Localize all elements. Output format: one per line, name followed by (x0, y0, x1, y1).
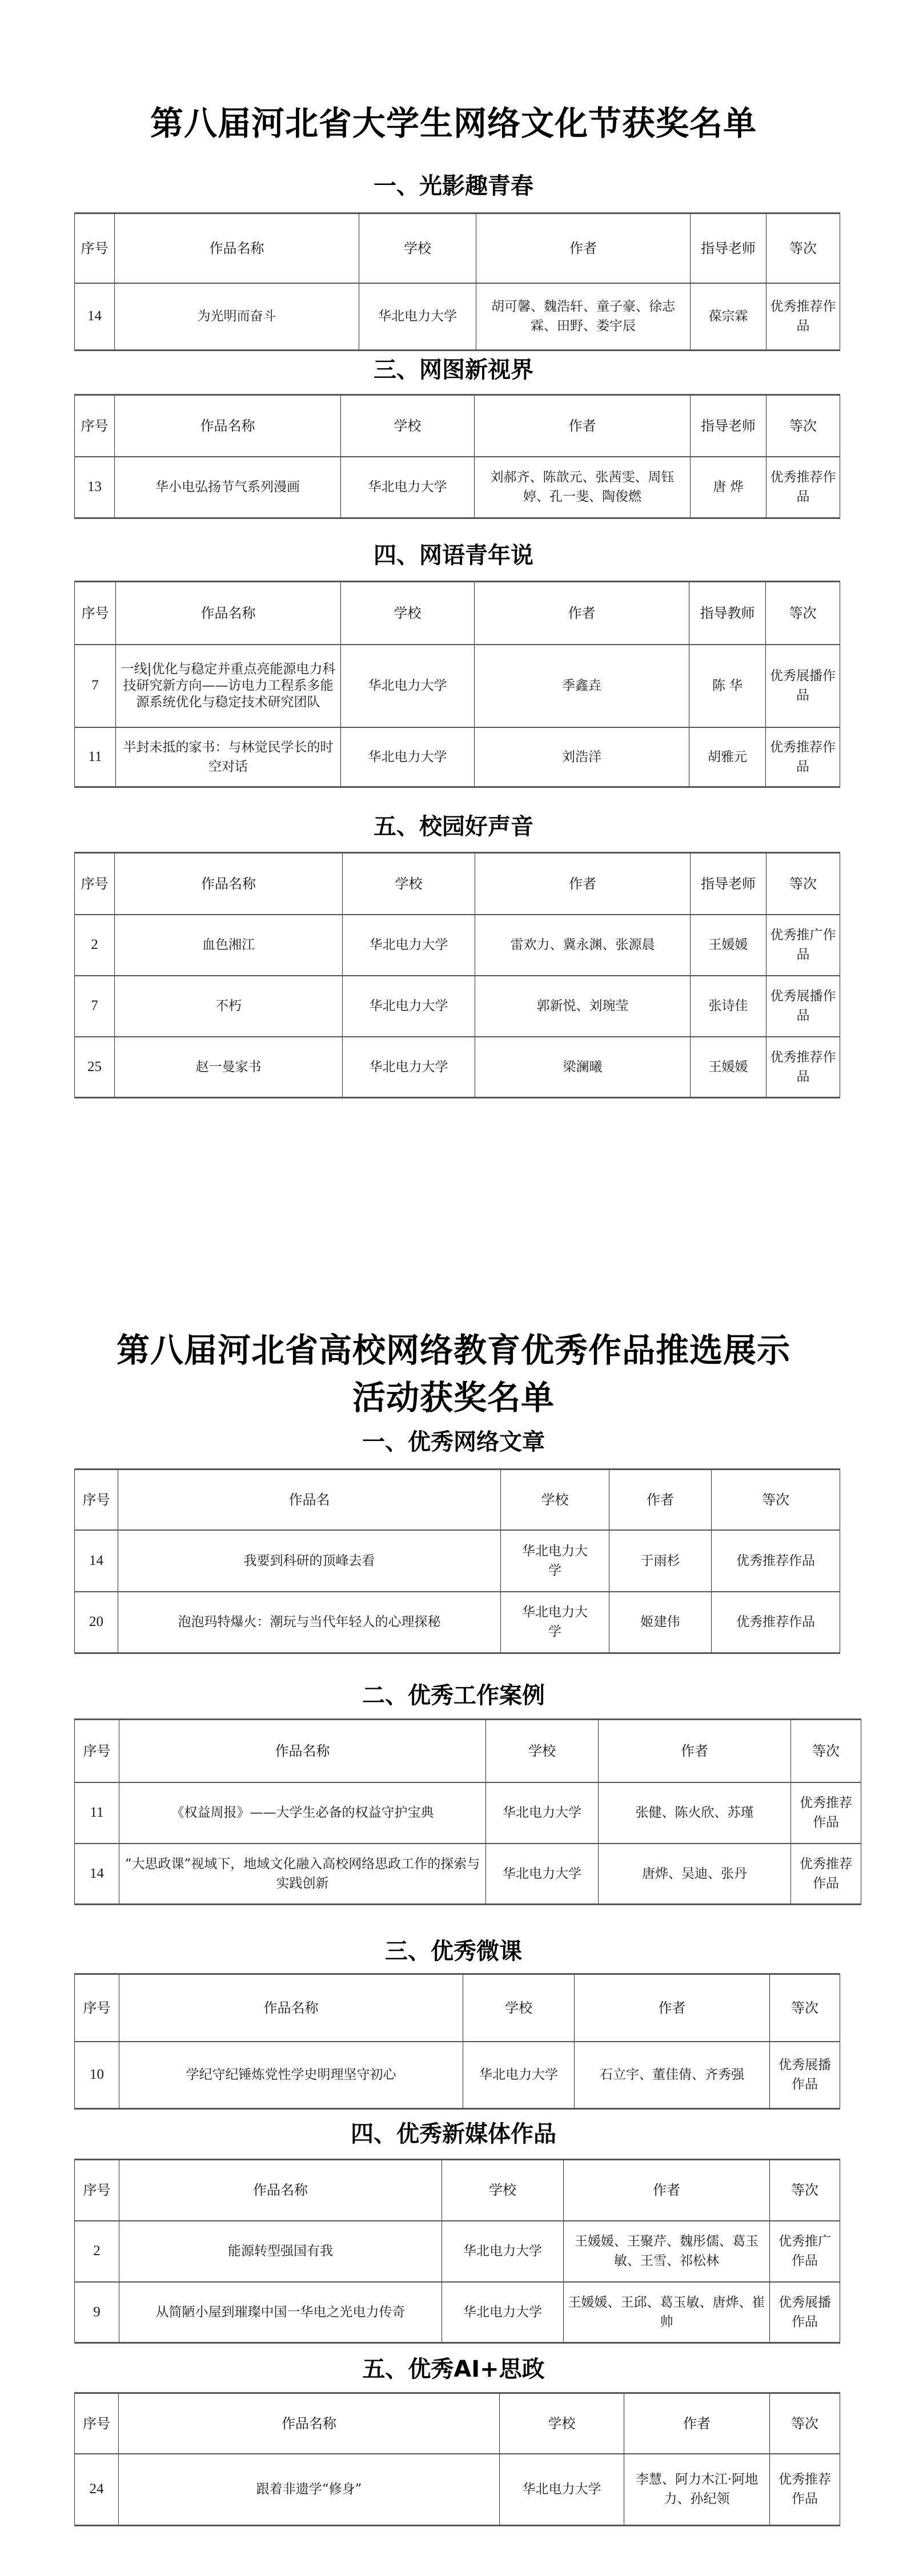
table-row: 14 为光明而奋斗 华北电力大学 胡可馨、魏浩轩、童子豪、徐志霖、田野、娄宇辰 … (75, 283, 840, 351)
cell-level: 优秀推荐作品 (766, 457, 840, 518)
cell-name: 跟着非遗学“修身” (119, 2454, 500, 2526)
cell-school: 华北电力大学 (442, 2282, 564, 2343)
cell-school: 华北电力大学 (343, 915, 475, 976)
cell-school: 华北电力大学 (501, 1592, 609, 1653)
header-school: 学校 (442, 2160, 564, 2221)
section-title: 三、网图新视界 (0, 354, 907, 386)
cell-school: 华北电力大学 (486, 1844, 599, 1905)
header-no: 序号 (75, 1720, 119, 1782)
doc2-title-line2: 活动获奖名单 (0, 1375, 907, 1420)
cell-no: 7 (75, 645, 116, 727)
header-teacher: 指导老师 (691, 395, 766, 457)
cell-no: 9 (75, 2282, 119, 2343)
award-table: 序号 作品名称 学校 作者 等次 2 能源转型强国有我 华北电力大学 王媛媛、王… (74, 2159, 840, 2344)
table-header-row: 序号 作品名称 学校 作者 指导教师 等次 (75, 582, 840, 645)
header-authors: 作者 (624, 2393, 770, 2454)
doc2-title-line1: 第八届河北省高校网络教育优秀作品推选展示 (0, 1327, 907, 1373)
cell-no: 2 (75, 2221, 119, 2282)
header-school: 学校 (486, 1720, 599, 1782)
header-level: 等次 (766, 395, 840, 457)
section-title: 四、优秀新媒体作品 (0, 2118, 907, 2150)
cell-no: 14 (75, 283, 115, 351)
header-school: 学校 (341, 395, 475, 457)
header-teacher: 指导老师 (691, 853, 766, 915)
section-title: 四、网语青年说 (0, 540, 907, 571)
cell-level: 优秀展播作品 (770, 2042, 840, 2109)
cell-name: 《权益周报》——大学生必备的权益守护宝典 (119, 1782, 486, 1844)
cell-name: 华小电弘扬节气系列漫画 (115, 457, 341, 518)
award-table: 序号 作品名称 学校 作者 指导教师 等次 7 一线|优化与稳定并重点亮能源电力… (74, 581, 840, 788)
header-no: 序号 (75, 1470, 118, 1530)
cell-authors: 刘浩洋 (475, 727, 689, 787)
cell-authors: 姬建伟 (609, 1592, 712, 1653)
cell-authors: 王媛媛、王聚芹、魏彤儒、葛玉敏、王雪、祁松林 (564, 2221, 770, 2282)
header-no: 序号 (75, 395, 115, 457)
table-row: 14 “大思政课”视域下，地域文化融入高校网络思政工作的探索与实践创新 华北电力… (75, 1844, 861, 1905)
header-name: 作品名称 (119, 2160, 442, 2221)
award-table: 序号 作品名称 学校 作者 指导老师 等次 2 血色湘江 华北电力大学 雷欢力、… (74, 852, 840, 1098)
cell-authors: 梁澜曦 (475, 1037, 691, 1098)
award-table: 序号 作品名称 学校 作者 等次 24 跟着非遗学“修身” 华北电力大学 李慧、… (74, 2392, 840, 2526)
header-authors: 作者 (575, 1974, 770, 2042)
cell-level: 优秀推荐作品 (791, 1844, 861, 1905)
cell-no: 13 (75, 457, 115, 518)
header-no: 序号 (75, 853, 115, 915)
cell-teacher: 胡雅元 (689, 727, 766, 787)
header-name: 作品名称 (115, 853, 343, 915)
cell-no: 24 (75, 2454, 119, 2526)
cell-school: 华北电力大学 (463, 2042, 575, 2109)
header-level: 等次 (770, 2160, 840, 2221)
cell-school: 华北电力大学 (442, 2221, 564, 2282)
cell-level: 优秀推广作品 (766, 915, 840, 976)
header-authors: 作者 (609, 1470, 712, 1530)
table-header-row: 序号 作品名称 学校 作者 指导老师 等次 (75, 853, 840, 915)
cell-authors: 胡可馨、魏浩轩、童子豪、徐志霖、田野、娄宇辰 (476, 283, 691, 351)
cell-name: “大思政课”视域下，地域文化融入高校网络思政工作的探索与实践创新 (119, 1844, 486, 1905)
cell-school: 华北电力大学 (343, 976, 475, 1037)
section-title: 一、优秀网络文章 (0, 1426, 907, 1458)
cell-school: 华北电力大学 (500, 2454, 624, 2526)
cell-school: 华北电力大学 (341, 457, 475, 518)
cell-teacher: 王媛媛 (691, 1037, 766, 1098)
table-row: 24 跟着非遗学“修身” 华北电力大学 李慧、阿力木江·阿地力、孙纪领 优秀推荐… (75, 2454, 840, 2526)
header-teacher: 指导老师 (691, 214, 766, 283)
cell-no: 14 (75, 1844, 119, 1905)
table-header-row: 序号 作品名称 学校 作者 等次 (75, 2393, 840, 2454)
cell-school: 华北电力大学 (486, 1782, 599, 1844)
cell-no: 7 (75, 976, 115, 1037)
table-row: 13 华小电弘扬节气系列漫画 华北电力大学 刘郝齐、陈歆元、张茜雯、周钰婷、孔一… (75, 457, 840, 518)
header-name: 作品名 (118, 1470, 501, 1530)
header-authors: 作者 (475, 582, 689, 645)
cell-teacher: 陈 华 (689, 645, 766, 727)
cell-authors: 季鑫垚 (475, 645, 689, 727)
header-name: 作品名称 (119, 1974, 463, 2042)
cell-school: 华北电力大学 (341, 727, 475, 787)
cell-name: 血色湘江 (115, 915, 343, 976)
header-level: 等次 (766, 853, 840, 915)
header-level: 等次 (712, 1470, 840, 1530)
cell-school: 华北电力大学 (341, 645, 475, 727)
cell-authors: 石立宇、董佳倩、齐秀强 (575, 2042, 770, 2109)
header-authors: 作者 (476, 214, 691, 283)
cell-authors: 于雨杉 (609, 1530, 712, 1592)
section-title: 一、光影趣青春 (0, 170, 907, 202)
cell-authors: 李慧、阿力木江·阿地力、孙纪领 (624, 2454, 770, 2526)
table-header-row: 序号 作品名 学校 作者 等次 (75, 1470, 840, 1530)
cell-no: 11 (75, 727, 116, 787)
cell-level: 优秀推荐作品 (766, 727, 840, 787)
header-no: 序号 (75, 2393, 119, 2454)
table-row: 7 不朽 华北电力大学 郭新悦、刘琬莹 张诗佳 优秀展播作品 (75, 976, 840, 1037)
table-header-row: 序号 作品名称 学校 作者 等次 (75, 1720, 861, 1782)
section-title: 五、优秀AI+思政 (0, 2353, 907, 2385)
award-table: 序号 作品名称 学校 作者 指导老师 等次 13 华小电弘扬节气系列漫画 华北电… (74, 394, 840, 519)
header-authors: 作者 (564, 2160, 770, 2221)
cell-name: 不朽 (115, 976, 343, 1037)
cell-level: 优秀推广作品 (770, 2221, 840, 2282)
cell-no: 25 (75, 1037, 115, 1098)
cell-name: 赵一曼家书 (115, 1037, 343, 1098)
award-table: 序号 作品名称 学校 作者 等次 10 学纪守纪锤炼党性学史明理坚守初心 华北电… (74, 1973, 840, 2110)
cell-level: 优秀展播作品 (770, 2282, 840, 2343)
cell-teacher: 王媛媛 (691, 915, 766, 976)
table-row: 20 泡泡玛特爆火：潮玩与当代年轻人的心理探秘 华北电力大学 姬建伟 优秀推荐作… (75, 1592, 840, 1653)
header-authors: 作者 (475, 853, 691, 915)
cell-authors: 刘郝齐、陈歆元、张茜雯、周钰婷、孔一斐、陶俊燃 (475, 457, 691, 518)
header-authors: 作者 (599, 1720, 791, 1782)
header-level: 等次 (770, 2393, 840, 2454)
award-table: 序号 作品名 学校 作者 等次 14 我要到科研的顶峰去看 华北电力大学 于雨杉… (74, 1468, 840, 1654)
table-header-row: 序号 作品名称 学校 作者 指导老师 等次 (75, 214, 840, 283)
section-title: 二、优秀工作案例 (0, 1680, 907, 1712)
cell-teacher: 张诗佳 (691, 976, 766, 1037)
award-table: 序号 作品名称 学校 作者 指导老师 等次 14 为光明而奋斗 华北电力大学 胡… (74, 212, 840, 351)
header-authors: 作者 (475, 395, 691, 457)
cell-name: 一线|优化与稳定并重点亮能源电力科技研究新方向——访电力工程系多能源系统优化与稳… (116, 645, 341, 727)
header-no: 序号 (75, 2160, 119, 2221)
table-header-row: 序号 作品名称 学校 作者 等次 (75, 1974, 840, 2042)
header-name: 作品名称 (115, 214, 359, 283)
cell-level: 优秀推荐作品 (712, 1530, 840, 1592)
header-level: 等次 (770, 1974, 840, 2042)
header-name: 作品名称 (119, 1720, 486, 1782)
table-row: 9 从简陋小屋到璀璨中国一华电之光电力传奇 华北电力大学 王媛媛、王邱、葛玉敏、… (75, 2282, 840, 2343)
cell-level: 优秀推荐作品 (712, 1592, 840, 1653)
cell-name: 能源转型强国有我 (119, 2221, 442, 2282)
header-school: 学校 (343, 853, 475, 915)
cell-authors: 张健、陈火欣、苏瑾 (599, 1782, 791, 1844)
cell-authors: 王媛媛、王邱、葛玉敏、唐烨、崔帅 (564, 2282, 770, 2343)
header-name: 作品名称 (119, 2393, 500, 2454)
header-name: 作品名称 (115, 395, 341, 457)
table-row: 11 《权益周报》——大学生必备的权益守护宝典 华北电力大学 张健、陈火欣、苏瑾… (75, 1782, 861, 1844)
table-row: 2 能源转型强国有我 华北电力大学 王媛媛、王聚芹、魏彤儒、葛玉敏、王雪、祁松林… (75, 2221, 840, 2282)
cell-name: 从简陋小屋到璀璨中国一华电之光电力传奇 (119, 2282, 442, 2343)
header-no: 序号 (75, 214, 115, 283)
cell-authors: 郭新悦、刘琬莹 (475, 976, 691, 1037)
table-header-row: 序号 作品名称 学校 作者 等次 (75, 2160, 840, 2221)
cell-level: 优秀推荐作品 (766, 283, 840, 351)
cell-school: 华北电力大学 (343, 1037, 475, 1098)
header-level: 等次 (766, 214, 840, 283)
cell-level: 优秀推荐作品 (791, 1782, 861, 1844)
table-row: 14 我要到科研的顶峰去看 华北电力大学 于雨杉 优秀推荐作品 (75, 1530, 840, 1592)
cell-name: 半封未抵的家书：与林觉民学长的时空对话 (116, 727, 341, 787)
cell-level: 优秀展播作品 (766, 645, 840, 727)
cell-level: 优秀推荐作品 (770, 2454, 840, 2526)
table-row: 7 一线|优化与稳定并重点亮能源电力科技研究新方向——访电力工程系多能源系统优化… (75, 645, 840, 727)
cell-level: 优秀推荐作品 (766, 1037, 840, 1098)
header-no: 序号 (75, 1974, 119, 2042)
cell-level: 优秀展播作品 (766, 976, 840, 1037)
cell-no: 2 (75, 915, 115, 976)
header-teacher: 指导教师 (689, 582, 766, 645)
cell-name: 泡泡玛特爆火：潮玩与当代年轻人的心理探秘 (118, 1592, 501, 1653)
table-row: 11 半封未抵的家书：与林觉民学长的时空对话 华北电力大学 刘浩洋 胡雅元 优秀… (75, 727, 840, 787)
table-row: 2 血色湘江 华北电力大学 雷欢力、冀永渊、张源晨 王媛媛 优秀推广作品 (75, 915, 840, 976)
table-row: 25 赵一曼家书 华北电力大学 梁澜曦 王媛媛 优秀推荐作品 (75, 1037, 840, 1098)
cell-no: 10 (75, 2042, 119, 2109)
header-school: 学校 (359, 214, 476, 283)
header-no: 序号 (75, 582, 116, 645)
cell-authors: 唐烨、吴迪、张丹 (599, 1844, 791, 1905)
cell-name: 学纪守纪锤炼党性学史明理坚守初心 (119, 2042, 463, 2109)
cell-teacher: 唐 烨 (691, 457, 766, 518)
cell-authors: 雷欢力、冀永渊、张源晨 (475, 915, 691, 976)
doc1-title: 第八届河北省大学生网络文化节获奖名单 (0, 100, 907, 146)
cell-no: 11 (75, 1782, 119, 1844)
award-table: 序号 作品名称 学校 作者 等次 11 《权益周报》——大学生必备的权益守护宝典… (74, 1718, 861, 1905)
cell-school: 华北电力大学 (501, 1530, 609, 1592)
cell-name: 为光明而奋斗 (115, 283, 359, 351)
section-title: 三、优秀微课 (0, 1935, 907, 1967)
header-school: 学校 (500, 2393, 624, 2454)
header-school: 学校 (501, 1470, 609, 1530)
header-name: 作品名称 (116, 582, 341, 645)
cell-teacher: 葆宗霖 (691, 283, 766, 351)
header-level: 等次 (791, 1720, 861, 1782)
cell-no: 14 (75, 1530, 118, 1592)
section-title: 五、校园好声音 (0, 811, 907, 843)
cell-no: 20 (75, 1592, 118, 1653)
header-level: 等次 (766, 582, 840, 645)
table-row: 10 学纪守纪锤炼党性学史明理坚守初心 华北电力大学 石立宇、董佳倩、齐秀强 优… (75, 2042, 840, 2109)
cell-name: 我要到科研的顶峰去看 (118, 1530, 501, 1592)
table-header-row: 序号 作品名称 学校 作者 指导老师 等次 (75, 395, 840, 457)
header-school: 学校 (341, 582, 475, 645)
cell-school: 华北电力大学 (359, 283, 476, 351)
header-school: 学校 (463, 1974, 575, 2042)
